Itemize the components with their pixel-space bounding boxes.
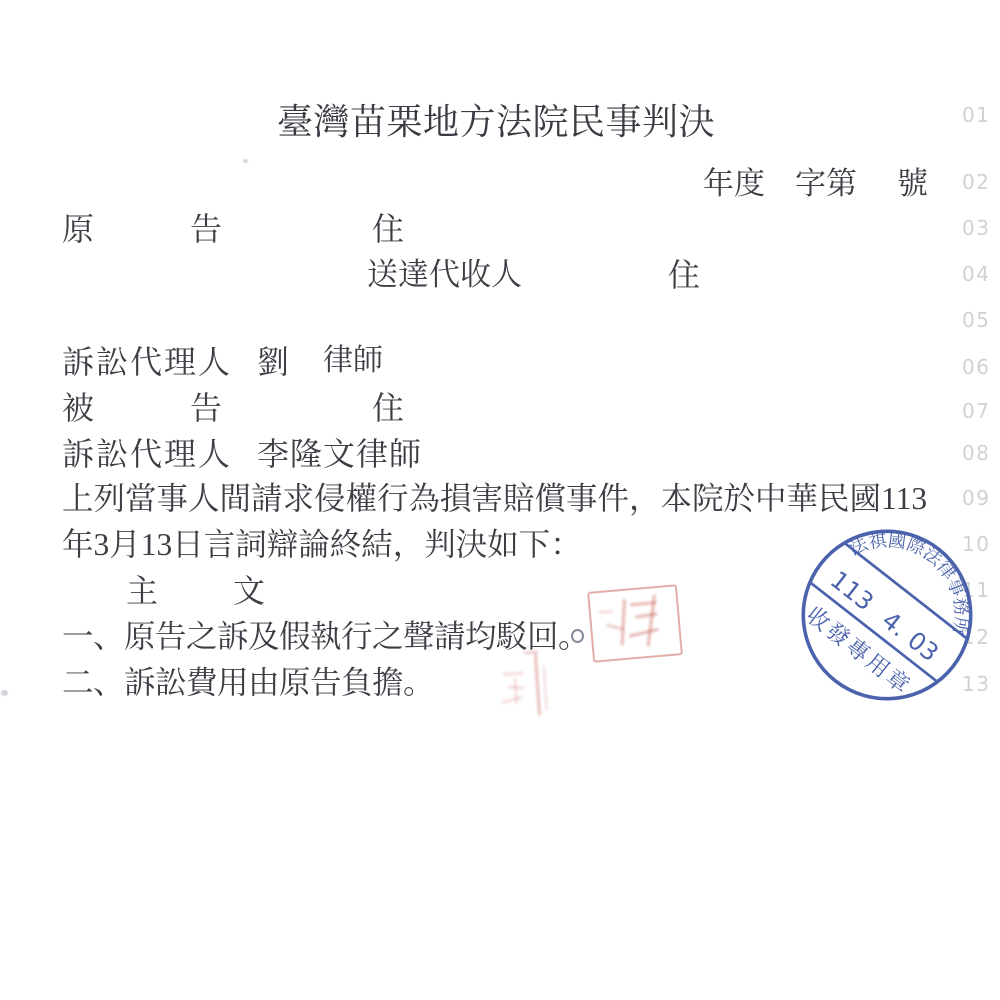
line-number: 04 <box>962 264 990 284</box>
attorney1-title-suffix: 律師 <box>323 346 383 376</box>
line-number: 01 <box>962 105 990 125</box>
line-number: 07 <box>962 401 990 421</box>
defendant-label-char1: 被 <box>62 392 94 424</box>
line-number: 03 <box>962 218 990 238</box>
defendant-address-label: 住 <box>372 392 404 424</box>
case-hao-label: 號 <box>897 168 928 199</box>
case-zi-di-label: 字第 <box>795 168 857 199</box>
defendant-label-char2: 告 <box>190 392 222 424</box>
service-agent-address-label: 住 <box>668 259 700 291</box>
line-number: 05 <box>962 310 990 330</box>
main-heading-char2: 文 <box>233 575 265 607</box>
line-number: 13 <box>962 674 990 694</box>
case-year-label: 年度 <box>703 168 765 199</box>
plaintiff-label-char1: 原 <box>62 213 94 245</box>
faint-red-partial-stamp-icon <box>478 648 555 725</box>
stamp-arc-text: 法祺國際法律事務所 <box>840 501 1000 645</box>
main-heading-char1: 主 <box>126 575 158 607</box>
body-line-1: 上列當事人間請求侵權行為損害賠償事件，本院於中華民國113 <box>62 483 927 515</box>
service-agent-label: 送達代收人 <box>367 259 522 290</box>
line-number: 02 <box>962 172 990 192</box>
line-number: 10 <box>962 534 990 554</box>
judgment-document-scan: 臺灣苗栗地方法院民事判決 年度 字第 號 原 告 住 送達代收人 住 訴訟代理人… <box>0 0 1000 1000</box>
document-title: 臺灣苗栗地方法院民事判決 <box>277 104 715 140</box>
plaintiff-address-label: 住 <box>372 213 404 245</box>
attorney2-name: 李隆文律師 <box>257 438 422 470</box>
attorney2-role-label: 訴訟代理人 <box>62 438 232 470</box>
law-firm-receipt-stamp: 法祺國際法律事務所 113 4. 03 收發專用章 <box>761 489 1000 742</box>
receipt-stamp-icon: 法祺國際法律事務所 113 4. 03 收發專用章 <box>761 489 1000 742</box>
svg-text:法祺國際法律事務所: 法祺國際法律事務所 <box>840 501 1000 645</box>
attorney1-role-label: 訴訟代理人 <box>62 346 232 378</box>
line-number: 09 <box>962 488 990 508</box>
faint-red-stamp-icon <box>587 584 683 663</box>
scan-speck <box>1 690 8 696</box>
ruling-line-1: 一、原告之訴及假執行之聲請均駁回。 <box>62 621 589 653</box>
attorney1-surname: 劉 <box>257 346 289 378</box>
scan-speck <box>243 159 248 163</box>
plaintiff-label-char2: 告 <box>190 213 222 245</box>
ruling-line-2: 二、訴訟費用由原告負擔。 <box>62 667 434 699</box>
line-number: 08 <box>962 443 990 463</box>
hole-punch-mark <box>571 629 584 643</box>
stamp-date-year: 113 <box>825 565 879 616</box>
stamp-date-day: 03 <box>902 625 944 667</box>
body-line-2: 年3月13日言詞辯論終結，判決如下： <box>62 529 582 561</box>
line-number: 06 <box>962 357 990 377</box>
